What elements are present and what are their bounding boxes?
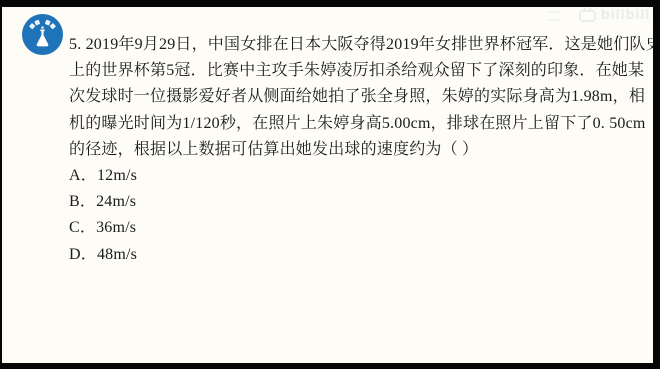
option-a: A．12m/s: [69, 163, 647, 189]
channel-logo: [22, 14, 63, 55]
letterbox-bottom: [0, 363, 660, 369]
question-line-1: 5. 2019年9月29日，中国女排在日本大阪夺得2019年女排世界杯冠军．这是…: [69, 32, 647, 58]
question-line-5: 的径迹，根据以上数据可估算出她发出球的速度约为（ ）: [69, 137, 647, 163]
video-frame: 5. 2019年9月29日，中国女排在日本大阪夺得2019年女排世界杯冠军．这是…: [0, 0, 660, 369]
letterbox-top: [0, 0, 660, 7]
option-d: D．48m/s: [69, 242, 647, 268]
slide-page: 5. 2019年9月29日，中国女排在日本大阪夺得2019年女排世界杯冠军．这是…: [2, 7, 653, 363]
question-line-4: 机的曝光时间为1/120秒，在照片上朱婷身高5.00cm，排球在照片上留下了0.…: [69, 111, 647, 137]
channel-logo-graphic: [22, 14, 63, 55]
question-line-2: 上的世界杯第5冠．比赛中主攻手朱婷凌厉扣杀给观众留下了深刻的印象．在她某: [69, 58, 647, 84]
question-line-3: 次发球时一位摄影爱好者从侧面给她拍了张全身照，朱婷的实际身高为1.98m，相: [69, 84, 647, 110]
letterbox-left: [0, 0, 2, 369]
letterbox-right: [653, 0, 660, 369]
option-c: C．36m/s: [69, 215, 647, 241]
question-block: 5. 2019年9月29日，中国女排在日本大阪夺得2019年女排世界杯冠军．这是…: [69, 32, 647, 268]
option-b: B．24m/s: [69, 189, 647, 215]
